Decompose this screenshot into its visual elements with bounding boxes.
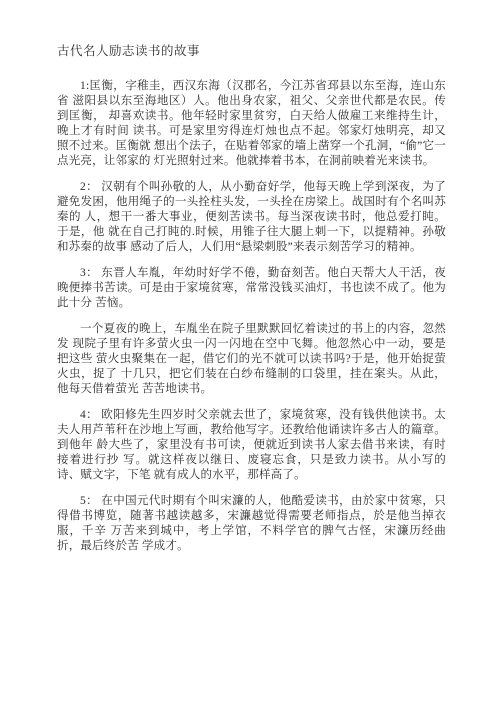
document-title: 古代名人励志读书的故事 — [57, 44, 446, 59]
paragraph-story-4-ouyangxiu: 4： 欧阳修先生四岁时父亲就去世了，家境贫寒，没有钱供他读书。太夫人用芦苇秆在沙… — [57, 408, 446, 483]
paragraph-story-5-songlian: 5： 在中国元代时期有个叫宋濂的人，他酷爱读书，由於家中贫寒，只得借书博览，随著… — [57, 494, 446, 554]
paragraph-story-1-kuangheng: 1:匡衡，字稚圭，西汉东海（汉郡名，今江苏省邳县以东至海，连山东省 滋阳县以东至… — [57, 79, 446, 169]
document-page: 古代名人励志读书的故事 1:匡衡，字稚圭，西汉东海（汉郡名，今江苏省邳县以东至海… — [0, 0, 500, 707]
paragraph-story-3-cheyin-continued: 一个夏夜的晚上，车胤坐在院子里默默回忆着读过的书上的内容，忽然发 现院子里有许多… — [57, 322, 446, 397]
paragraph-story-2-sunjing-suqin: 2： 汉朝有个叫孙敬的人，从小勤奋好学，他每天晚上学到深夜，为了避免发困，他用绳… — [57, 180, 446, 255]
paragraph-story-3-cheyin: 3： 东晋人车胤，年幼时好学不倦，勤奋刻苦。他白天帮大人干活，夜晚便捧书苦读。可… — [57, 266, 446, 311]
